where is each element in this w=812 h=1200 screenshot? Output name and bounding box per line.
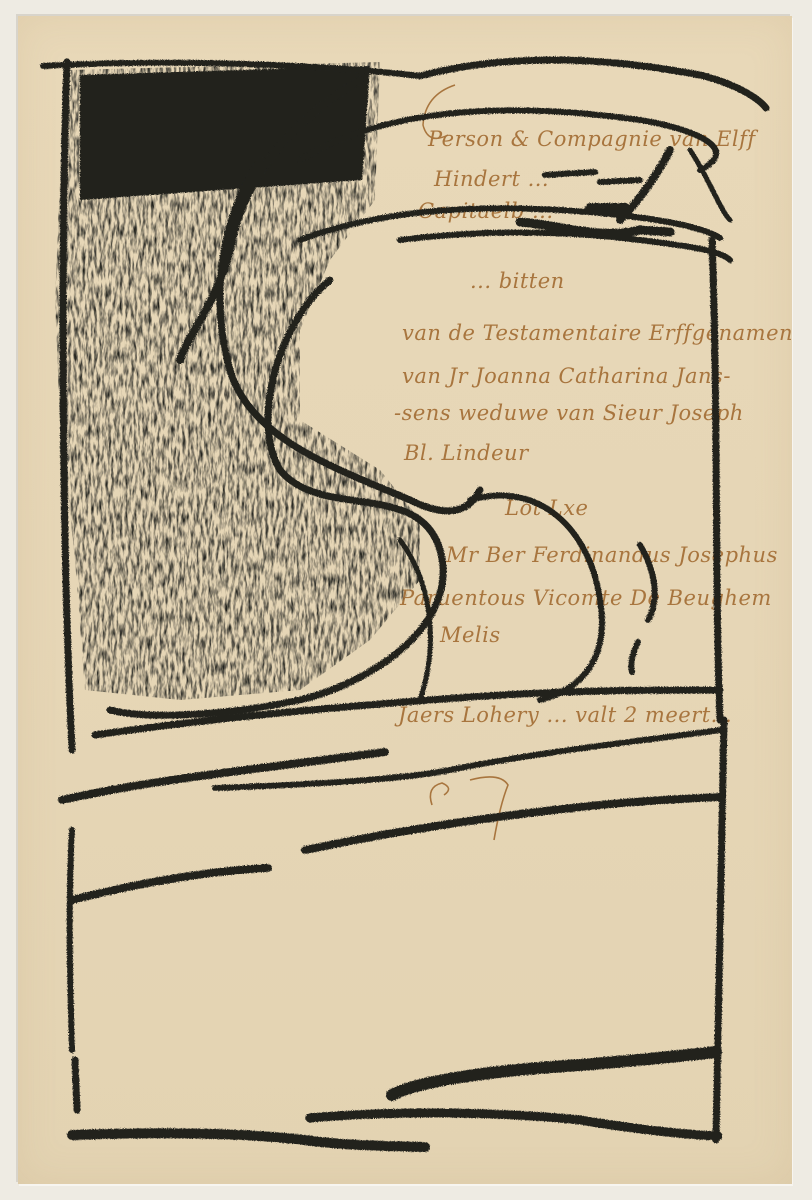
- manuscript-text: Person & Compagnie van Elff Hindert ... …: [394, 85, 793, 840]
- signature-initials: [430, 777, 508, 840]
- script-line-2: Hindert ...: [433, 167, 549, 191]
- script-line-13: Jaers Lohery ... valt 2 meert...: [394, 703, 732, 727]
- script-line-7: -sens weduwe van Sieur Joseph: [394, 401, 744, 425]
- artwork-canvas: Person & Compagnie van Elff Hindert ... …: [0, 0, 812, 1200]
- script-line-10: Mr Ber Ferdinandus Josephus: [445, 543, 778, 567]
- script-line-4: ... bitten: [470, 269, 565, 293]
- script-line-6: van Jr Joanna Catharina Jans-: [402, 364, 731, 388]
- solid-ink-block: [80, 66, 370, 200]
- script-line-12: Melis: [439, 623, 501, 647]
- script-line-8: Bl. Lindeur: [403, 441, 530, 465]
- script-line-5: van de Testamentaire Erffgenamen: [402, 321, 793, 345]
